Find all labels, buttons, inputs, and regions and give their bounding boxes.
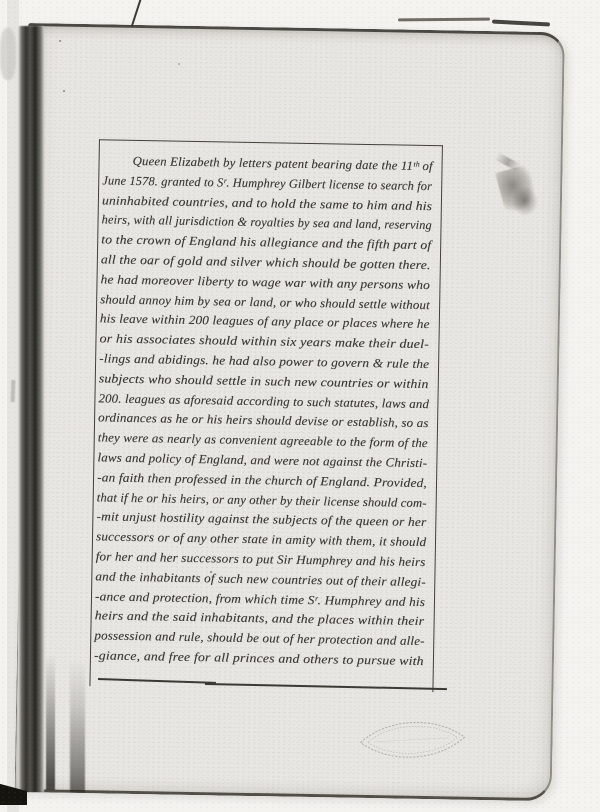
scan-speck	[63, 90, 65, 92]
edge-shadow-patch	[0, 28, 16, 80]
scan-speck	[150, 262, 152, 264]
binding-gutter-shadow	[18, 26, 44, 792]
ink-stain	[512, 186, 538, 216]
scan-speck	[298, 303, 300, 305]
page-stack-edge	[131, 0, 142, 27]
page-stack-edge	[398, 18, 490, 22]
page-stack-edge	[492, 19, 550, 26]
scan-speck	[210, 571, 212, 573]
scan-background: Queen Elizabeth by letters patent bearin…	[0, 0, 600, 812]
binding-stain	[70, 660, 85, 792]
margin-smudge	[11, 380, 16, 402]
embossed-seal-icon	[357, 710, 468, 770]
scan-speck	[178, 63, 180, 65]
manuscript-text: Queen Elizabeth by letters patent bearin…	[94, 151, 437, 671]
binding-stain	[46, 655, 55, 790]
